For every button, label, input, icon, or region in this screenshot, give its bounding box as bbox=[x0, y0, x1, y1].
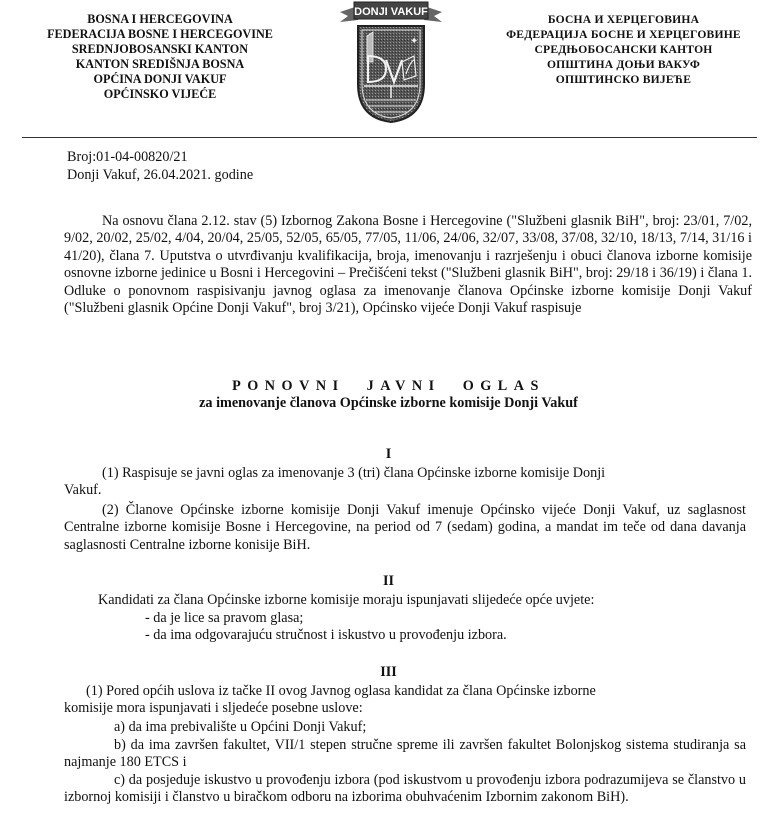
header-line: БОСНА И ХЕРЦЕГОВИНА bbox=[470, 12, 777, 27]
section-numeral-1: I bbox=[0, 446, 777, 463]
header-line: KANTON SREDIŠNJA BOSNA bbox=[0, 57, 320, 72]
list-item: - da ima odgovarajuću stručnost i iskust… bbox=[145, 627, 777, 644]
header-divider bbox=[22, 137, 757, 138]
title-subtitle: za imenovanje članova Općinske izborne k… bbox=[0, 395, 777, 412]
text-line: (1) Raspisuje se javni oglas za imenovan… bbox=[64, 465, 744, 482]
section-3-item-a: a) da ima prebivalište u Općini Donji Va… bbox=[114, 719, 777, 736]
municipality-crest-icon: DONJI VAKUF ✦ bbox=[336, 0, 446, 125]
header-line: ОПШТИНА ДОЊИ ВАКУФ bbox=[470, 57, 777, 72]
header-line: BOSNA I HERCEGOVINA bbox=[0, 12, 320, 27]
section-1-paragraph-2: (2) Članove Općinske izborne komisije Do… bbox=[64, 502, 746, 554]
section-3-item-b: b) da ima završen fakultet, VII/1 stepen… bbox=[64, 737, 746, 772]
header-line: SREDNJOBOSANSKI KANTON bbox=[0, 42, 320, 57]
section-2-list: - da je lice sa pravom glasa; - da ima o… bbox=[145, 610, 777, 645]
section-1-paragraph-1: (1) Raspisuje se javni oglas za imenovan… bbox=[64, 465, 744, 500]
section-numeral-2: II bbox=[0, 573, 777, 590]
header-right-cyrillic: БОСНА И ХЕРЦЕГОВИНА ФЕДЕРАЦИЈА БОСНЕ И Х… bbox=[470, 12, 777, 87]
section-3-paragraph-1: (1) Pored općih uslova iz tačke II ovog … bbox=[64, 683, 744, 718]
svg-text:DONJI VAKUF: DONJI VAKUF bbox=[354, 6, 428, 18]
reference-number: Broj:01-04-00820/21 bbox=[67, 149, 253, 167]
header-line: ОПШТИНСКО ВИЈЕЋЕ bbox=[470, 72, 777, 87]
header-line: ФЕДЕРАЦИЈА БОСНЕ И ХЕРЦЕГОВИНЕ bbox=[470, 27, 777, 42]
document-reference: Broj:01-04-00820/21 Donji Vakuf, 26.04.2… bbox=[67, 149, 253, 184]
text-line: komisije mora ispunjavati i sljedeće pos… bbox=[64, 700, 744, 717]
document-title: PONOVNI JAVNI OGLAS za imenovanje članov… bbox=[0, 378, 777, 412]
text-line: (1) Pored općih uslova iz tačke II ovog … bbox=[64, 683, 744, 700]
section-3-item-c: c) da posjeduje iskustvo u provođenju iz… bbox=[64, 772, 746, 807]
intro-paragraph: Na osnovu člana 2.12. stav (5) Izbornog … bbox=[64, 213, 752, 317]
header-left-latin: BOSNA I HERCEGOVINA FEDERACIJA BOSNE I H… bbox=[0, 12, 320, 102]
text-line: Vakuf. bbox=[64, 482, 744, 499]
list-item: - da je lice sa pravom glasa; bbox=[145, 610, 777, 627]
header-line: FEDERACIJA BOSNE I HERCEGOVINE bbox=[0, 27, 320, 42]
header-line: OPĆINA DONJI VAKUF bbox=[0, 72, 320, 87]
svg-text:✦: ✦ bbox=[410, 36, 418, 47]
section-2-lead: Kandidati za člana Općinske izborne komi… bbox=[98, 592, 777, 609]
header-line: OPĆINSKO VIJEĆE bbox=[0, 87, 320, 102]
section-numeral-3: III bbox=[0, 664, 777, 681]
header-line: СРЕДЊОБОСАНСКИ КАНТОН bbox=[470, 42, 777, 57]
reference-place-date: Donji Vakuf, 26.04.2021. godine bbox=[67, 167, 253, 185]
title-main: PONOVNI JAVNI OGLAS bbox=[0, 378, 777, 395]
